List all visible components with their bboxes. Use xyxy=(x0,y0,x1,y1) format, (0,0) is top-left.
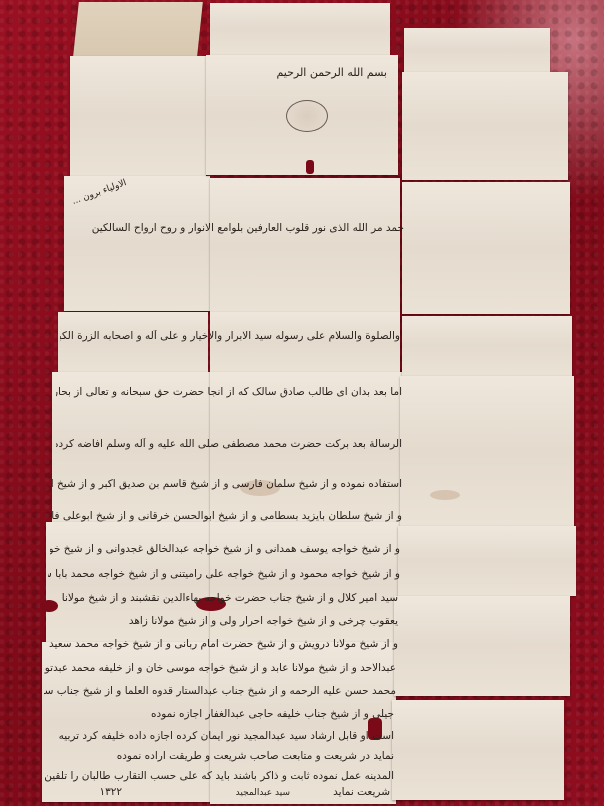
seal-stamp xyxy=(286,100,328,132)
stain xyxy=(430,490,460,500)
manuscript-header: بسم الله الرحمن الرحیم xyxy=(212,66,387,79)
manuscript-line: و از شیخ خواجه یوسف همدانی و از شیخ خواج… xyxy=(50,543,400,555)
manuscript-line: الرسالة بعد برکت حضرت محمد مصطفی صلی الل… xyxy=(56,438,402,450)
paper-panel-blank xyxy=(402,72,568,180)
paper-panel xyxy=(210,312,400,372)
manuscript-line: اما بعد بدان ای طالب صادق سالک که از انج… xyxy=(56,386,402,398)
manuscript-date: ۱۳۲۲ xyxy=(72,786,122,798)
paper-panel-blank xyxy=(404,28,550,72)
paper-panel-blank xyxy=(400,376,574,526)
paper-panel xyxy=(58,312,208,372)
manuscript-line: استفاده نموده و از شیخ سلمان فارسی و از … xyxy=(52,478,402,490)
paper-panel xyxy=(210,3,390,55)
manuscript-line: است او قابل ارشاد سید عبدالمجید نور ایما… xyxy=(44,730,394,742)
folded-corner-left xyxy=(73,2,203,56)
manuscript-line: شریعت نماید xyxy=(300,786,390,798)
manuscript-line: جیلی و از شیخ جناب خلیفه حاجی عبدالغفار … xyxy=(44,708,394,720)
manuscript-line: المدینه عمل نموده ثابت و ذاکر باشند باید… xyxy=(44,770,394,782)
paper-panel-blank xyxy=(398,526,576,596)
manuscript-line: و از شیخ مولانا درویش و از شیخ حضرت امام… xyxy=(46,638,398,650)
paper-panel-blank xyxy=(402,182,570,314)
paper-hole xyxy=(306,160,314,174)
paper-panel xyxy=(210,178,400,312)
manuscript-line: نماید در شریعت و متابعت صاحب شریعت و طری… xyxy=(44,750,394,762)
manuscript-line: عبدالاحد و از شیخ مولانا عابد و از شیخ خ… xyxy=(44,662,396,674)
manuscript-signature: سید عبدالمجید xyxy=(200,788,290,798)
manuscript-line: محمد حسن علیه الرحمه و از شیخ جناب عبدال… xyxy=(44,685,396,697)
manuscript-line: و از شیخ سلطان بایزید بسطامی و از شیخ اب… xyxy=(52,510,402,522)
paper-panel-blank xyxy=(402,316,572,376)
paper-panel-blank xyxy=(392,700,564,800)
manuscript-line: و از شیخ خواجه محمود و از شیخ خواجه علی … xyxy=(48,568,400,580)
manuscript-line: یعقوب چرخی و از شیخ خواجه احرار ولی و از… xyxy=(46,615,398,627)
manuscript-line: حمد مر الله الذی نور قلوب العارفین بلوام… xyxy=(64,222,404,234)
paper-panel-blank xyxy=(394,596,570,696)
manuscript-line: سید امیر کلال و از شیخ جناب حضرت خواجه ب… xyxy=(48,592,398,604)
manuscript-line: والصلوة والسلام علی رسوله سید الابرار وا… xyxy=(60,330,400,342)
paper-panel xyxy=(70,56,206,176)
